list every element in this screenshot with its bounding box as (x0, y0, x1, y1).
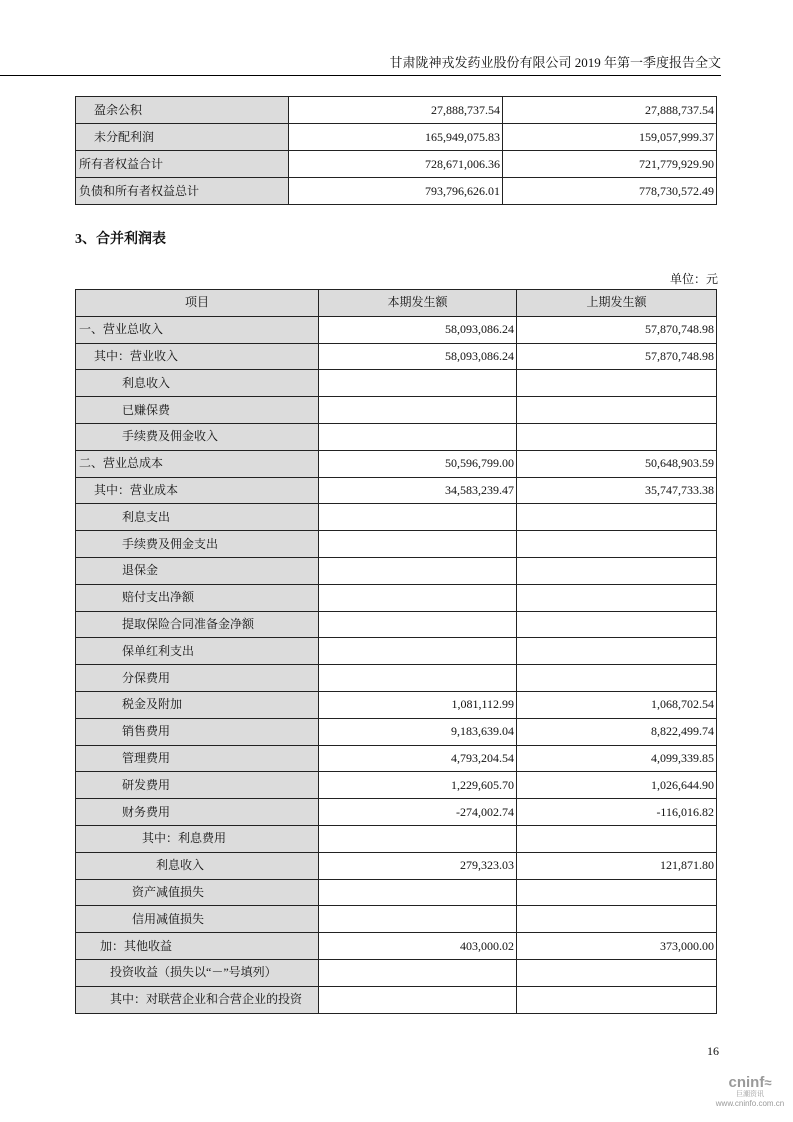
current-period-value (319, 531, 517, 558)
current-period-value: 9,183,639.04 (319, 718, 517, 745)
current-period-value: 728,671,006.36 (289, 151, 503, 178)
section-title: 3、合并利润表 (75, 228, 166, 248)
previous-period-value (517, 825, 717, 852)
row-label: 退保金 (76, 557, 319, 584)
table-row: 其中：营业成本34,583,239.4735,747,733.38 (76, 477, 717, 504)
current-period-value (319, 665, 517, 692)
row-label: 手续费及佣金支出 (76, 531, 319, 558)
row-label: 利息收入 (76, 370, 319, 397)
table-row: 提取保险合同准备金净额 (76, 611, 717, 638)
table-row: 分保费用 (76, 665, 717, 692)
previous-period-value: 4,099,339.85 (517, 745, 717, 772)
current-period-value (319, 397, 517, 424)
table-row: 投资收益（损失以“－”号填列） (76, 959, 717, 986)
previous-period-value: 1,068,702.54 (517, 691, 717, 718)
row-label: 资产减值损失 (76, 879, 319, 906)
current-period-value (319, 584, 517, 611)
current-period-value (319, 638, 517, 665)
previous-period-value: 57,870,748.98 (517, 316, 717, 343)
logo-text: cninf (729, 1074, 765, 1091)
row-label: 一、营业总收入 (76, 316, 319, 343)
row-label: 其中：营业成本 (76, 477, 319, 504)
row-label: 保单红利支出 (76, 638, 319, 665)
previous-period-value: 27,888,737.54 (503, 97, 717, 124)
table-row: 所有者权益合计728,671,006.36721,779,929.90 (76, 151, 717, 178)
logo-subtitle: 巨潮资讯 (712, 1091, 788, 1099)
column-header-previous: 上期发生额 (517, 290, 717, 317)
current-period-value (319, 986, 517, 1013)
table-row: 财务费用-274,002.74-116,016.82 (76, 799, 717, 826)
current-period-value (319, 906, 517, 933)
previous-period-value: 57,870,748.98 (517, 343, 717, 370)
column-header-current: 本期发生额 (319, 290, 517, 317)
logo-swirl-icon: ≈ (764, 1075, 771, 1090)
table-row: 利息收入279,323.03121,871.80 (76, 852, 717, 879)
current-period-value: -274,002.74 (319, 799, 517, 826)
row-label: 利息收入 (76, 852, 319, 879)
previous-period-value: 1,026,644.90 (517, 772, 717, 799)
row-label: 其中：利息费用 (76, 825, 319, 852)
current-period-value: 279,323.03 (319, 852, 517, 879)
table-row: 利息收入 (76, 370, 717, 397)
previous-period-value: 121,871.80 (517, 852, 717, 879)
income-statement-table: 项目 本期发生额 上期发生额 一、营业总收入58,093,086.2457,87… (75, 289, 717, 1014)
current-period-value: 403,000.02 (319, 933, 517, 960)
current-period-value (319, 423, 517, 450)
table-row: 保单红利支出 (76, 638, 717, 665)
row-label: 其中：营业收入 (76, 343, 319, 370)
previous-period-value (517, 370, 717, 397)
current-period-value: 34,583,239.47 (319, 477, 517, 504)
row-label: 提取保险合同准备金净额 (76, 611, 319, 638)
previous-period-value (517, 504, 717, 531)
current-period-value: 165,949,075.83 (289, 124, 503, 151)
table-row: 信用减值损失 (76, 906, 717, 933)
page-header: 甘肃陇神戎发药业股份有限公司 2019 年第一季度报告全文 (0, 55, 721, 76)
table-row: 赔付支出净额 (76, 584, 717, 611)
previous-period-value (517, 611, 717, 638)
previous-period-value: -116,016.82 (517, 799, 717, 826)
previous-period-value: 35,747,733.38 (517, 477, 717, 504)
previous-period-value (517, 638, 717, 665)
table-header-row: 项目 本期发生额 上期发生额 (76, 290, 717, 317)
previous-period-value: 778,730,572.49 (503, 178, 717, 205)
current-period-value: 1,081,112.99 (319, 691, 517, 718)
table-row: 手续费及佣金支出 (76, 531, 717, 558)
row-label: 盈余公积 (76, 97, 289, 124)
row-label: 信用减值损失 (76, 906, 319, 933)
previous-period-value (517, 584, 717, 611)
page-number: 16 (707, 1044, 719, 1059)
table-row: 资产减值损失 (76, 879, 717, 906)
previous-period-value: 50,648,903.59 (517, 450, 717, 477)
previous-period-value: 159,057,999.37 (503, 124, 717, 151)
row-label: 未分配利润 (76, 124, 289, 151)
previous-period-value (517, 665, 717, 692)
previous-period-value: 8,822,499.74 (517, 718, 717, 745)
row-label: 投资收益（损失以“－”号填列） (76, 959, 319, 986)
row-label: 二、营业总成本 (76, 450, 319, 477)
table-row: 已赚保费 (76, 397, 717, 424)
current-period-value (319, 611, 517, 638)
cninfo-logo: cninf≈ 巨潮资讯 www.cninfo.com.cn (712, 1074, 788, 1108)
row-label: 管理费用 (76, 745, 319, 772)
current-period-value: 50,596,799.00 (319, 450, 517, 477)
logo-url: www.cninfo.com.cn (712, 1099, 788, 1108)
previous-period-value (517, 423, 717, 450)
previous-period-value (517, 397, 717, 424)
row-label: 所有者权益合计 (76, 151, 289, 178)
row-label: 手续费及佣金收入 (76, 423, 319, 450)
table-row: 二、营业总成本50,596,799.0050,648,903.59 (76, 450, 717, 477)
table-row: 管理费用4,793,204.544,099,339.85 (76, 745, 717, 772)
current-period-value (319, 504, 517, 531)
previous-period-value (517, 531, 717, 558)
row-label: 财务费用 (76, 799, 319, 826)
table-row: 加：其他收益403,000.02373,000.00 (76, 933, 717, 960)
current-period-value (319, 825, 517, 852)
row-label: 加：其他收益 (76, 933, 319, 960)
row-label: 分保费用 (76, 665, 319, 692)
row-label: 已赚保费 (76, 397, 319, 424)
row-label: 赔付支出净额 (76, 584, 319, 611)
row-label: 税金及附加 (76, 691, 319, 718)
row-label: 研发费用 (76, 772, 319, 799)
table-row: 手续费及佣金收入 (76, 423, 717, 450)
current-period-value (319, 879, 517, 906)
current-period-value: 27,888,737.54 (289, 97, 503, 124)
balance-sheet-table-continued: 盈余公积27,888,737.5427,888,737.54未分配利润165,9… (75, 96, 717, 205)
table-row: 其中：对联营企业和合营企业的投资 (76, 986, 717, 1013)
current-period-value: 793,796,626.01 (289, 178, 503, 205)
column-header-item: 项目 (76, 290, 319, 317)
table-row: 研发费用1,229,605.701,026,644.90 (76, 772, 717, 799)
document-title: 甘肃陇神戎发药业股份有限公司 2019 年第一季度报告全文 (389, 55, 721, 71)
previous-period-value: 373,000.00 (517, 933, 717, 960)
current-period-value (319, 557, 517, 584)
table-row: 未分配利润165,949,075.83159,057,999.37 (76, 124, 717, 151)
table-row: 退保金 (76, 557, 717, 584)
table-row: 一、营业总收入58,093,086.2457,870,748.98 (76, 316, 717, 343)
row-label: 销售费用 (76, 718, 319, 745)
table-row: 其中：利息费用 (76, 825, 717, 852)
table-row: 盈余公积27,888,737.5427,888,737.54 (76, 97, 717, 124)
previous-period-value: 721,779,929.90 (503, 151, 717, 178)
table-row: 利息支出 (76, 504, 717, 531)
row-label: 负债和所有者权益总计 (76, 178, 289, 205)
table-row: 税金及附加1,081,112.991,068,702.54 (76, 691, 717, 718)
previous-period-value (517, 557, 717, 584)
table-row: 负债和所有者权益总计793,796,626.01778,730,572.49 (76, 178, 717, 205)
current-period-value: 58,093,086.24 (319, 316, 517, 343)
row-label: 利息支出 (76, 504, 319, 531)
previous-period-value (517, 906, 717, 933)
unit-label: 单位：元 (670, 270, 718, 287)
previous-period-value (517, 959, 717, 986)
current-period-value (319, 959, 517, 986)
current-period-value: 58,093,086.24 (319, 343, 517, 370)
table-row: 销售费用9,183,639.048,822,499.74 (76, 718, 717, 745)
current-period-value: 4,793,204.54 (319, 745, 517, 772)
previous-period-value (517, 986, 717, 1013)
current-period-value: 1,229,605.70 (319, 772, 517, 799)
previous-period-value (517, 879, 717, 906)
current-period-value (319, 370, 517, 397)
row-label: 其中：对联营企业和合营企业的投资 (76, 986, 319, 1013)
table-row: 其中：营业收入58,093,086.2457,870,748.98 (76, 343, 717, 370)
